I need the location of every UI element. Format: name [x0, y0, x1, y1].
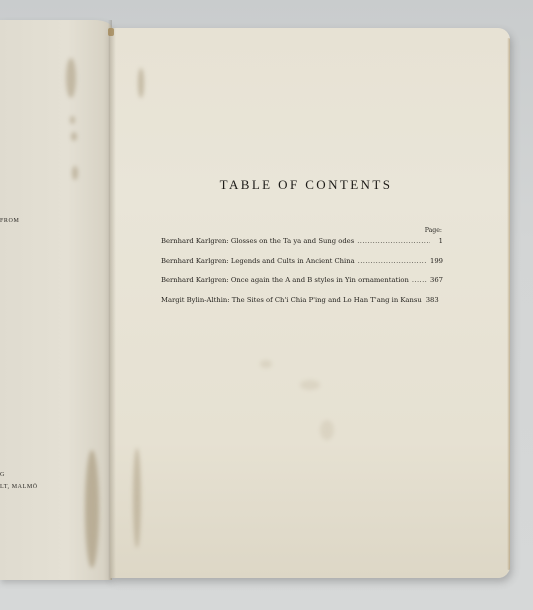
stain-mark: [300, 380, 320, 390]
left-page-fragment-from: FROM: [0, 218, 19, 224]
left-page: FROM G LT, MALMÖ: [0, 20, 112, 580]
binding-tear-mark: [108, 28, 114, 36]
page-title: TABLE OF CONTENTS: [206, 177, 406, 193]
left-page-fragment-malmo: LT, MALMÖ: [0, 484, 38, 490]
book-photo: FROM G LT, MALMÖ TABLE OF CONTENTS Page:…: [0, 0, 533, 610]
stain-mark: [70, 116, 75, 124]
toc-entry-title: Bernhard Karlgren: Legends and Cults in …: [161, 257, 355, 265]
stain-mark: [138, 68, 144, 98]
page-column-label: Page:: [416, 227, 442, 234]
right-page: TABLE OF CONTENTS Page: Bernhard Karlgre…: [110, 28, 510, 578]
stain-mark: [66, 58, 76, 98]
toc-entry[interactable]: Bernhard Karlgren: Glosses on the Ta ya …: [161, 237, 443, 257]
stain-mark: [320, 420, 334, 440]
toc-entry-page: 383: [426, 296, 439, 304]
toc-entry-page: 199: [430, 257, 443, 265]
toc-entry[interactable]: Margit Bylin-Althin: The Sites of Ch'i C…: [161, 296, 443, 316]
stain-mark: [85, 450, 99, 568]
stain-mark: [260, 360, 272, 368]
toc-entry-title: Bernhard Karlgren: Glosses on the Ta ya …: [161, 237, 354, 245]
dot-leader: [358, 257, 427, 265]
dot-leader: [357, 237, 430, 245]
toc-entry-page: 1: [433, 237, 443, 245]
toc-entry[interactable]: Bernhard Karlgren: Once again the A and …: [161, 276, 443, 296]
toc-list: Bernhard Karlgren: Glosses on the Ta ya …: [161, 237, 443, 315]
left-page-fragment-g: G: [0, 472, 5, 478]
stain-mark: [71, 132, 77, 141]
toc-entry-page: 367: [430, 276, 443, 284]
stain-mark: [72, 166, 78, 180]
toc-entry-title: Margit Bylin-Althin: The Sites of Ch'i C…: [161, 296, 422, 304]
toc-entry[interactable]: Bernhard Karlgren: Legends and Cults in …: [161, 257, 443, 277]
dot-leader: [412, 276, 427, 284]
toc-entry-title: Bernhard Karlgren: Once again the A and …: [161, 276, 409, 284]
stain-mark: [133, 448, 141, 548]
